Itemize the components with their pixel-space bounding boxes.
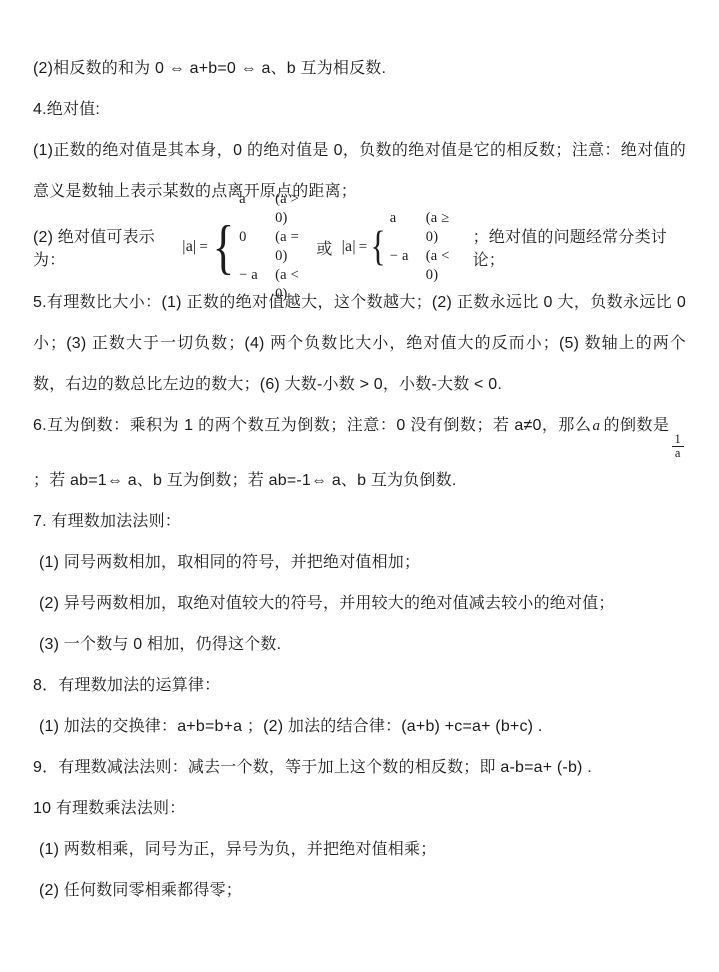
case-value: − a [390,247,426,285]
case-condition: (a > 0) [275,190,307,228]
case-condition: (a = 0) [275,228,307,266]
fraction-denominator: a [672,447,684,460]
abs-lhs: |a| [182,238,196,256]
paragraph-comparing-rationals: 5.有理数比大小：(1) 正数的绝对值越大，这个数越大；(2) 正数永远比 0 … [33,282,686,405]
equals-sign: = [199,239,208,256]
case-condition: (a < 0) [426,247,459,285]
case-value: a [390,209,426,247]
equals-sign: = [359,239,368,256]
formula-prefix-label: (2) 绝对值可表示为： [33,224,178,270]
heading-multiplication-rules: 10 有理数乘法法则： [33,788,686,829]
case-value: 0 [239,228,275,266]
heading-addition-laws: 8．有理数加法的运算律： [33,665,686,706]
paragraph-opposite-numbers: (2)相反数的和为 0 ⇔ a+b=0 ⇔ a、b 互为相反数. [33,48,686,89]
case-condition: (a ≥ 0) [426,209,459,247]
formula-suffix-label: ；绝对值的问题经常分类讨论； [473,224,686,270]
list-item-addition-rule-2: (2) 异号两数相加，取绝对值较大的符号，并用较大的绝对值减去较小的绝对值； [33,583,686,624]
case-row: 0 (a = 0) [239,228,307,266]
fraction-one-over-a: 1a [672,433,684,460]
list-item-addition-laws: (1) 加法的交换律：a+b=b+a ；(2) 加法的结合律：(a+b) +c=… [33,706,686,747]
heading-addition-rules: 7. 有理数加法法则： [33,501,686,542]
paragraph-absolute-value-formula: (2) 绝对值可表示为： |a| = { a (a > 0) 0 (a = 0)… [33,212,686,282]
list-item-multiplication-rule-2: (2) 任何数同零相乘都得零； [33,870,686,911]
paragraph-reciprocals: 6.互为倒数：乘积为 1 的两个数互为倒数；注意：0 没有倒数；若 a≠0，那么… [33,405,686,501]
fraction-numerator: 1 [672,433,684,447]
heading-absolute-value: 4.绝对值: [33,89,686,130]
case-row: a (a ≥ 0) [390,209,459,247]
left-brace-icon: { [371,226,386,268]
document-page: (2)相反数的和为 0 ⇔ a+b=0 ⇔ a、b 互为相反数. 4.绝对值: … [0,0,719,972]
list-item-addition-rule-1: (1) 同号两数相加，取相同的符号，并把绝对值相加； [33,542,686,583]
list-item-addition-rule-3: (3) 一个数与 0 相加，仍得这个数. [33,624,686,665]
case-row: a (a > 0) [239,190,307,228]
paragraph-subtraction-rule: 9．有理数减法法则：减去一个数，等于加上这个数的相反数；即 a-b=a+ (-b… [33,747,686,788]
reciprocal-text-2: 的倒数是 [603,417,669,434]
abs-value-cases-formula-2: |a| = { a (a ≥ 0) − a (a < 0) [342,209,459,285]
case-row: − a (a < 0) [390,247,459,285]
case-value: a [239,190,275,228]
reciprocal-text-1: 6.互为倒数：乘积为 1 的两个数互为倒数；注意：0 没有倒数；若 a≠0，那么 [33,417,591,434]
cases-block: a (a ≥ 0) − a (a < 0) [390,209,459,285]
left-brace-icon: { [213,217,235,277]
abs-lhs: |a| [342,238,356,256]
or-label: 或 [316,236,332,259]
reciprocal-text-3: ；若 ab=1⇔ a、b 互为倒数；若 ab=-1⇔ a、b 互为负倒数. [33,472,457,489]
math-variable-a: a [592,418,600,434]
list-item-multiplication-rule-1: (1) 两数相乘，同号为正，异号为负，并把绝对值相乘； [33,829,686,870]
paragraph-absolute-value-def: (1)正数的绝对值是其本身，0 的绝对值是 0，负数的绝对值是它的相反数；注意：… [33,130,686,212]
